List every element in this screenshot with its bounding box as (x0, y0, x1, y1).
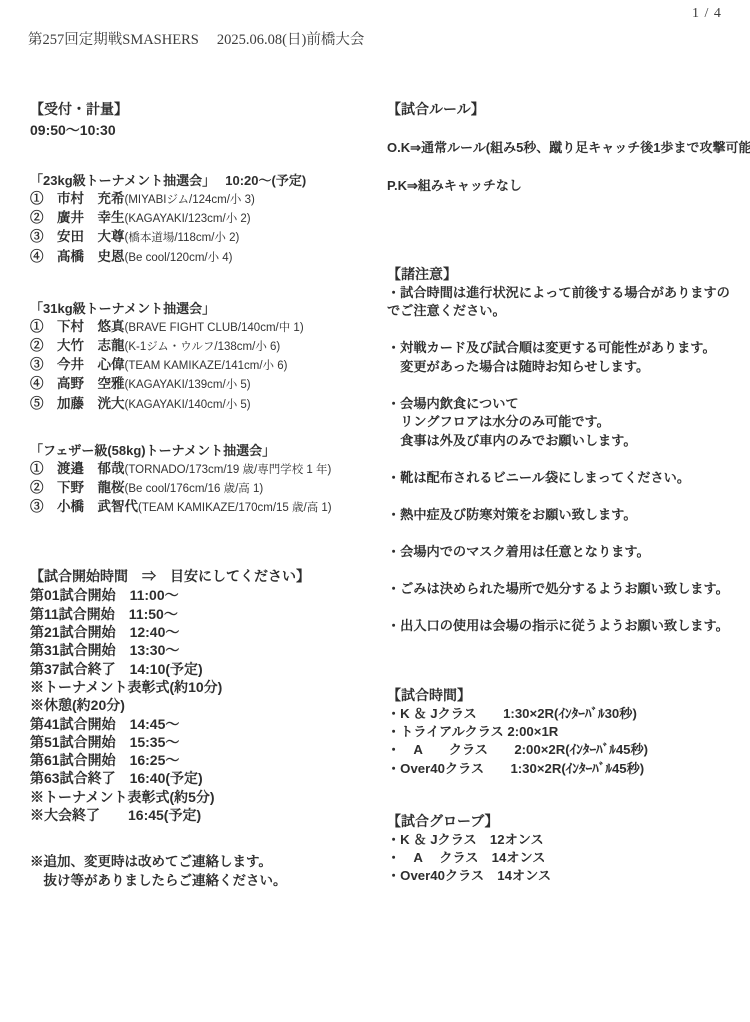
section-draw-feather: 「フェザー級(58kg)トーナメント抽選会」 ① 渡邉 郁哉(TORNADO/1… (30, 442, 382, 518)
schedule-line: 第41試合開始 14:45～ (30, 715, 382, 733)
section-footnote: ※追加、変更時は改めてご連絡します。 抜け等がありましたらご連絡ください。 (30, 852, 382, 890)
entry-name: ④ 髙橋 史恩 (30, 249, 125, 264)
entry-name: ⑤ 加藤 洸大 (30, 396, 125, 411)
entry-name: ① 渡邉 郁哉 (30, 461, 125, 476)
section-match-time: 【試合時間】 ・K ＆ Jクラス 1:30×2R(ｲﾝﾀｰﾊﾞﾙ30秒) ・トラ… (387, 686, 749, 778)
footnote-line: ※追加、変更時は改めてご連絡します。 (30, 852, 382, 871)
entry-name: ③ 小橋 武智代 (30, 499, 138, 514)
caution-paragraph: ・ごみは決められた場所で処分するようお願い致します。 (387, 580, 749, 599)
schedule-line: 第51試合開始 15:35～ (30, 733, 382, 751)
schedule-line: 第37試合終了 14:10(予定) (30, 660, 382, 678)
schedule-line: ※休憩(約20分) (30, 696, 382, 714)
entry-name: ① 下村 悠真 (30, 319, 125, 334)
entry-name: ② 大竹 志龍 (30, 338, 125, 353)
match-time-line: ・K ＆ Jクラス 1:30×2R(ｲﾝﾀｰﾊﾞﾙ30秒) (387, 705, 749, 723)
match-time-line: ・トライアルクラス 2:00×1R (387, 723, 749, 741)
draw-feather-heading: 「フェザー級(58kg)トーナメント抽選会」 (30, 442, 382, 460)
caution-paragraph: ・出入口の使用は会場の指示に従うようお願い致します。 (387, 617, 749, 636)
entry-info: (KAGAYAKI/140cm/小 5) (125, 399, 251, 411)
entry-row: ④ 髙橋 史恩(Be cool/120cm/小 4) (30, 248, 382, 267)
caution-line: ・会場内でのマスク着用は任意となります。 (387, 543, 749, 562)
section-rules: 【試合ルール】 O.K⇒通常ルール(組み5秒、蹴り足キャッチ後1歩まで攻撃可能)… (387, 99, 749, 195)
caution-line: ・対戦カード及び試合順は変更する可能性があります。 (387, 339, 749, 358)
entry-row: ② 大竹 志龍(K-1ジム・ウルフ/138cm/小 6) (30, 337, 382, 356)
entry-name: ③ 今井 心偉 (30, 357, 125, 372)
caution-paragraph: ・靴は配布されるビニール袋にしまってください。 (387, 469, 749, 488)
left-column: 【受付・計量】 09:50～10:30 「23kg級トーナメント抽選会」 10:… (30, 99, 382, 890)
schedule-line: 第31試合開始 13:30～ (30, 641, 382, 659)
section-match-schedule: 【試合開始時間 ⇒ 目安にしてください】 第01試合開始 11:00～ 第11試… (30, 567, 382, 824)
gloves-line: ・Over40クラス 14オンス (387, 867, 749, 885)
reception-time: 09:50～10:30 (30, 120, 382, 141)
section-reception: 【受付・計量】 09:50～10:30 (30, 99, 382, 141)
caution-line: でご注意ください。 (387, 302, 749, 321)
rule-ok: O.K⇒通常ルール(組み5秒、蹴り足キャッチ後1歩まで攻撃可能) (387, 138, 749, 157)
section-gloves: 【試合グローブ】 ・K ＆ Jクラス 12オンス ・ A クラス 14オンス ・… (387, 812, 749, 886)
caution-paragraph: ・熱中症及び防寒対策をお願い致します。 (387, 506, 749, 525)
section-cautions: 【諸注意】 ・試合時間は進行状況によって前後する場合がありますの でご注意くださ… (387, 265, 749, 635)
right-column: 【試合ルール】 O.K⇒通常ルール(組み5秒、蹴り足キャッチ後1歩まで攻撃可能)… (387, 99, 749, 885)
entry-info: (BRAVE FIGHT CLUB/140cm/中 1) (125, 322, 304, 334)
caution-line: ・靴は配布されるビニール袋にしまってください。 (387, 469, 749, 488)
rules-heading: 【試合ルール】 (387, 99, 749, 119)
schedule-line: 第21試合開始 12:40～ (30, 623, 382, 641)
entry-info: (Be cool/176cm/16 歳/高 1) (125, 483, 264, 495)
doc-title: 第257回定期戦SMASHERS 2025.06.08(日)前橋大会 (28, 28, 364, 49)
draw-23kg-heading-row: 「23kg級トーナメント抽選会」 10:20～(予定) (30, 172, 382, 190)
schedule-line: 第63試合終了 16:40(予定) (30, 769, 382, 787)
schedule-heading: 【試合開始時間 ⇒ 目安にしてください】 (30, 567, 382, 586)
entry-name: ④ 高野 空雅 (30, 376, 125, 391)
caution-line: ・出入口の使用は会場の指示に従うようお願い致します。 (387, 617, 749, 636)
gloves-heading: 【試合グローブ】 (387, 812, 749, 831)
entry-info: (KAGAYAKI/139cm/小 5) (125, 379, 251, 391)
match-time-line: ・ A クラス 2:00×2R(ｲﾝﾀｰﾊﾞﾙ45秒) (387, 741, 749, 759)
schedule-line: ※トーナメント表彰式(約10分) (30, 678, 382, 696)
entry-row: ① 市村 充希(MIYABIジム/124cm/小 3) (30, 190, 382, 209)
entry-name: ② 廣井 幸生 (30, 210, 125, 225)
entry-info: (TEAM KAMIKAZE/170cm/15 歳/高 1) (138, 502, 332, 514)
entry-row: ③ 安田 大尊(橋本道場/118cm/小 2) (30, 228, 382, 247)
caution-paragraph: ・対戦カード及び試合順は変更する可能性があります。 変更があった場合は随時お知ら… (387, 339, 749, 376)
entry-info: (Be cool/120cm/小 4) (125, 252, 233, 264)
entry-row: ③ 今井 心偉(TEAM KAMIKAZE/141cm/小 6) (30, 356, 382, 375)
caution-line: ・熱中症及び防寒対策をお願い致します。 (387, 506, 749, 525)
draw-23kg-heading: 「23kg級トーナメント抽選会」 (30, 173, 209, 188)
draw-31kg-heading: 「31kg級トーナメント抽選会」 (30, 300, 382, 318)
gloves-line: ・K ＆ Jクラス 12オンス (387, 831, 749, 849)
caution-line: ・試合時間は進行状況によって前後する場合がありますの (387, 284, 749, 303)
schedule-line: 第01試合開始 11:00～ (30, 586, 382, 604)
caution-paragraph: ・試合時間は進行状況によって前後する場合がありますの でご注意ください。 (387, 284, 749, 321)
caution-line: ・ごみは決められた場所で処分するようお願い致します。 (387, 580, 749, 599)
footnote-line: 抜け等がありましたらご連絡ください。 (30, 871, 382, 890)
page-number: 1 / 4 (692, 6, 722, 22)
entry-row: ① 渡邉 郁哉(TORNADO/173cm/19 歳/専門学校 1 年) (30, 460, 382, 479)
entry-info: (TORNADO/173cm/19 歳/専門学校 1 年) (125, 464, 332, 476)
entry-info: (TEAM KAMIKAZE/141cm/小 6) (125, 360, 288, 372)
draw-23kg-schedule: 10:20～(予定) (209, 173, 307, 188)
entry-row: ② 廣井 幸生(KAGAYAKI/123cm/小 2) (30, 209, 382, 228)
entry-row: ① 下村 悠真(BRAVE FIGHT CLUB/140cm/中 1) (30, 318, 382, 337)
entry-row: ④ 高野 空雅(KAGAYAKI/139cm/小 5) (30, 375, 382, 394)
entry-info: (橋本道場/118cm/小 2) (125, 232, 240, 244)
match-time-line: ・Over40クラス 1:30×2R(ｲﾝﾀｰﾊﾞﾙ45秒) (387, 760, 749, 778)
caution-paragraph: ・会場内飲食について リングフロアは水分のみ可能です。 食事は外及び車内のみでお… (387, 395, 749, 451)
schedule-line: 第11試合開始 11:50～ (30, 605, 382, 623)
caution-paragraph: ・会場内でのマスク着用は任意となります。 (387, 543, 749, 562)
entry-info: (KAGAYAKI/123cm/小 2) (125, 213, 251, 225)
caution-line: 変更があった場合は随時お知らせします。 (387, 358, 749, 377)
section-draw-23kg: 「23kg級トーナメント抽選会」 10:20～(予定) ① 市村 充希(MIYA… (30, 172, 382, 267)
schedule-line: ※大会終了 16:45(予定) (30, 806, 382, 824)
entry-info: (MIYABIジム/124cm/小 3) (125, 194, 255, 206)
entry-row: ② 下野 龍桜(Be cool/176cm/16 歳/高 1) (30, 479, 382, 498)
entry-row: ③ 小橋 武智代(TEAM KAMIKAZE/170cm/15 歳/高 1) (30, 498, 382, 517)
schedule-line: ※トーナメント表彰式(約5分) (30, 788, 382, 806)
gloves-line: ・ A クラス 14オンス (387, 849, 749, 867)
entry-name: ③ 安田 大尊 (30, 229, 125, 244)
rule-pk: P.K⇒組みキャッチなし (387, 176, 749, 195)
caution-line: リングフロアは水分のみ可能です。 (387, 413, 749, 432)
entry-info: (K-1ジム・ウルフ/138cm/小 6) (125, 341, 281, 353)
cautions-heading: 【諸注意】 (387, 265, 749, 284)
match-time-heading: 【試合時間】 (387, 686, 749, 705)
entry-row: ⑤ 加藤 洸大(KAGAYAKI/140cm/小 5) (30, 395, 382, 414)
entry-name: ② 下野 龍桜 (30, 480, 125, 495)
section-draw-31kg: 「31kg級トーナメント抽選会」 ① 下村 悠真(BRAVE FIGHT CLU… (30, 300, 382, 414)
schedule-line: 第61試合開始 16:25～ (30, 751, 382, 769)
caution-line: 食事は外及び車内のみでお願いします。 (387, 432, 749, 451)
caution-line: ・会場内飲食について (387, 395, 749, 414)
reception-heading: 【受付・計量】 (30, 99, 382, 120)
entry-name: ① 市村 充希 (30, 191, 125, 206)
